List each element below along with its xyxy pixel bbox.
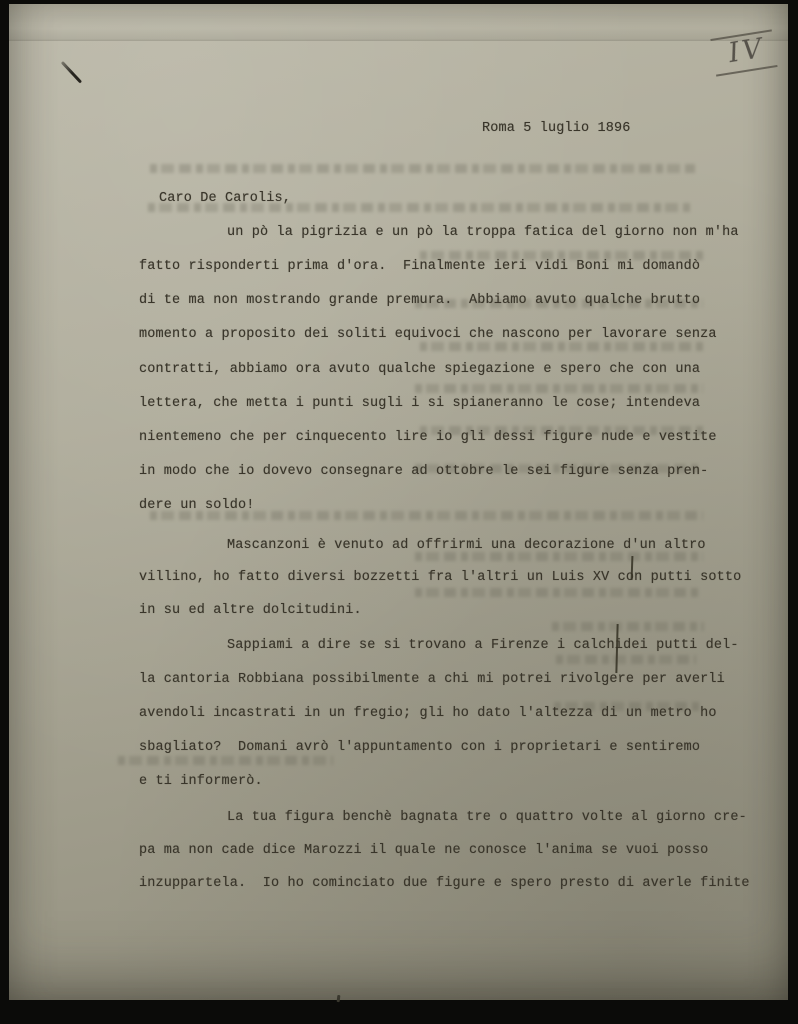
letter-line: in su ed altre dolcitudini. <box>139 603 362 620</box>
letter-line: un pò la pigrizia e un pò la troppa fati… <box>139 225 739 242</box>
letter-line: sbagliato? Domani avrò l'appuntamento co… <box>139 740 700 757</box>
letter-line: Mascanzoni è venuto ad offrirmi una deco… <box>139 538 706 555</box>
letter-line: villino, ho fatto diversi bozzetti fra l… <box>139 570 741 587</box>
page-number-text: IV <box>726 33 767 69</box>
page-number-annotation: IV <box>710 29 777 77</box>
letter-line: nientemeno che per cinquecento lire io g… <box>139 430 717 447</box>
ghost-text-line <box>415 384 703 393</box>
salutation: Caro De Carolis, <box>159 191 291 208</box>
letter-line: di te ma non mostrando grande premura. A… <box>139 293 700 310</box>
ghost-text-line <box>415 588 701 597</box>
letter-line: e ti informerò. <box>139 774 263 791</box>
letter-line: la cantoria Robbiana possibilmente a chi… <box>139 672 725 689</box>
ghost-text-line <box>552 622 704 631</box>
letter-line: dere un soldo! <box>139 498 255 515</box>
letter-line: contratti, abbiamo ora avuto qualche spi… <box>139 362 700 379</box>
letter-line: inzuppartela. Io ho cominciato due figur… <box>139 876 750 893</box>
letter-line: La tua figura benchè bagnata tre o quatt… <box>139 810 747 827</box>
ink-speck <box>337 995 340 1002</box>
ink-stroke-mark <box>61 61 83 84</box>
ghost-text-line <box>150 164 695 173</box>
letter-line: pa ma non cade dice Marozzi il quale ne … <box>139 843 708 860</box>
letter-line: fatto risponderti prima d'ora. Finalment… <box>139 259 700 276</box>
letter-line: momento a proposito dei soliti equivoci … <box>139 327 717 344</box>
paper-top-edge <box>9 4 788 41</box>
ghost-text-line <box>556 655 696 664</box>
scanned-letter-page: Roma 5 luglio 1896 Caro De Carolis, un p… <box>9 4 788 1000</box>
dateline: Roma 5 luglio 1896 <box>482 121 631 138</box>
ghost-text-line <box>118 756 333 765</box>
letter-line: avendoli incastrati in un fregio; gli ho… <box>139 706 717 723</box>
letter-line: Sappiami a dire se si trovano a Firenze … <box>139 638 739 655</box>
letter-line: lettera, che metta i punti sugli i si sp… <box>139 396 700 413</box>
letter-line: in modo che io dovevo consegnare ad otto… <box>139 464 708 481</box>
